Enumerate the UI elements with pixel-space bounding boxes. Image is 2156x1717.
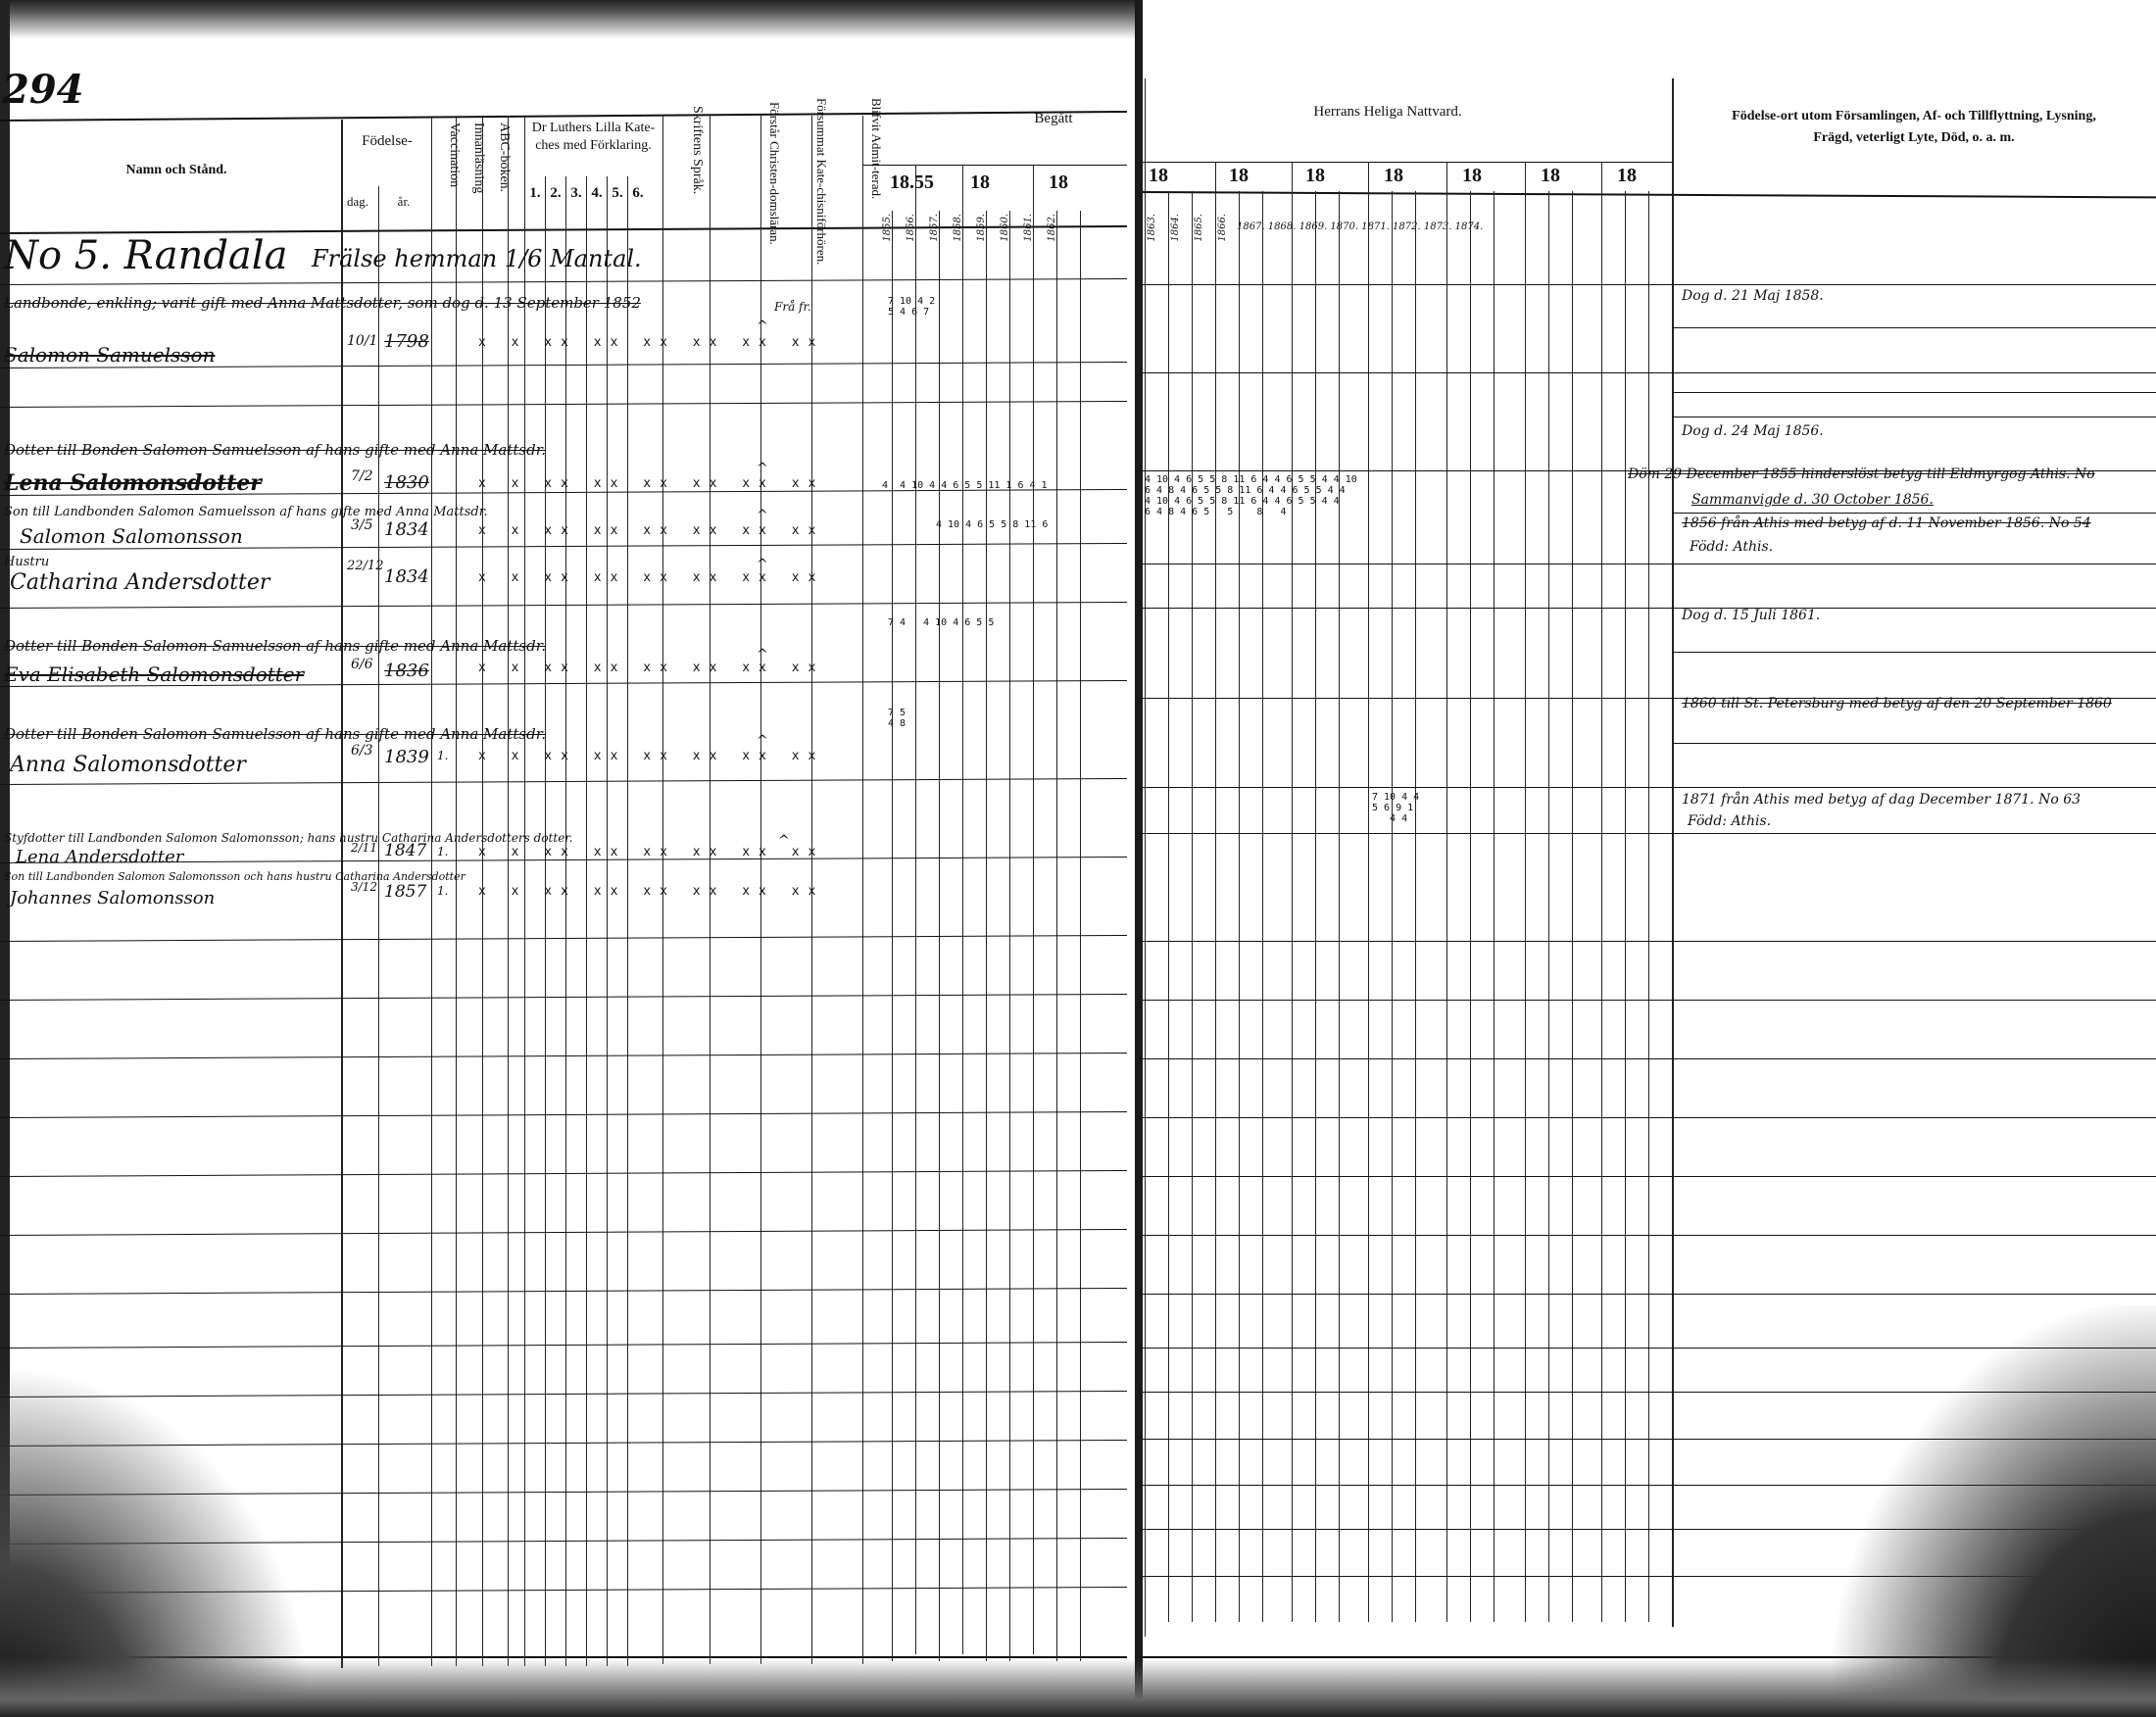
remark: Född: Athis. xyxy=(1690,539,1773,555)
entry-birth-day: 2/11 xyxy=(351,841,377,855)
column-header-begatt: Begått xyxy=(1014,110,1093,128)
entry-birth-year: 1834 xyxy=(384,519,429,540)
entry-name: Eva Elisabeth Salomonsdotter xyxy=(4,662,304,686)
entry-birth-year: 1798 xyxy=(384,331,429,352)
communion-marks: 7 5 4 8 xyxy=(888,708,906,729)
entry-admit-mark: ^ xyxy=(757,647,768,662)
begatt-year-rule xyxy=(862,165,1127,166)
entry-vaccination: 1. xyxy=(437,845,448,858)
luther-part-4: 4. xyxy=(587,184,607,203)
column-header-abc: ABC-boken. xyxy=(496,123,512,192)
column-header-birth-day: dag. xyxy=(343,194,372,210)
communion-subyear: 1864. xyxy=(1170,214,1181,242)
page-shadow-bottom xyxy=(0,1658,2156,1717)
entry-vaccination: 1. xyxy=(437,884,448,898)
entry-birth-day: 22/12 xyxy=(347,559,383,573)
luther-part-6: 6. xyxy=(628,184,648,203)
column-header-name: Namn och Stånd. xyxy=(88,162,265,179)
remark: Dog d. 24 Maj 1856. xyxy=(1682,423,1824,439)
luther-part-5: 5. xyxy=(608,184,627,203)
column-header-skrift: Skriftens Språk. xyxy=(689,106,705,194)
entry-marks: x x xx xx xx xx xx xx xyxy=(478,749,824,763)
remark: 1856 från Athis med betyg af d. 11 Novem… xyxy=(1682,515,2091,531)
column-header-birth-year: år. xyxy=(384,194,423,210)
entry-name: Lena Salomonsdotter xyxy=(4,470,262,496)
entry-admit-mark: ^ xyxy=(757,733,768,749)
entry-admit-mark: ^ xyxy=(757,461,768,476)
communion-marks: 7 10 4 2 5 4 6 7 xyxy=(888,296,935,318)
luther-part-3: 3. xyxy=(566,184,586,203)
entry-birth-day: 10/1 xyxy=(347,333,377,349)
communion-year: 18 xyxy=(1305,165,1325,187)
entry-birth-day: 6/6 xyxy=(351,657,373,672)
entry-birth-year: 1857 xyxy=(384,882,426,902)
left-page: 294 Namn och Stånd. Födelse- dag. år. Va… xyxy=(0,0,1137,1717)
entry-relation: Dotter till Bonden Salomon Samuelsson af… xyxy=(4,637,546,655)
entry-name: Lena Andersdotter xyxy=(16,847,183,867)
communion-marks: 4 4 10 4 4 6 5 5 11 1 6 4 1 xyxy=(882,480,1048,491)
entry-marks: x x xx xx xx xx xx xx xyxy=(478,335,824,350)
entry-relation: Dotter till Bonden Salomon Samuelsson af… xyxy=(4,441,546,459)
entry-relation: Landbonde, enkling; varit gift med Anna … xyxy=(4,294,641,312)
remark: Född: Athis. xyxy=(1688,813,1771,829)
page-shadow-top xyxy=(0,0,1137,39)
entry-name: Catharina Andersdotter xyxy=(10,570,269,595)
entry-admit-mark: ^ xyxy=(757,508,768,523)
luther-part-1: 1. xyxy=(525,184,545,203)
communion-year: 18 xyxy=(1229,165,1249,187)
entry-name: Salomon Salomonsson xyxy=(20,524,243,548)
page-number: 294 xyxy=(2,67,84,113)
remark: Döm 29 December 1855 hinderslöst betyg t… xyxy=(1628,466,2095,482)
right-page: Herrans Heliga Nattvard. 18 18 18 18 18 … xyxy=(1143,0,2156,1717)
entry-birth-day: 7/2 xyxy=(351,468,373,484)
communion-year-rule xyxy=(1143,162,1672,163)
communion-subyear: 1865. xyxy=(1194,214,1204,242)
begatt-year-1: 18.55 xyxy=(890,172,934,194)
column-header-innanlasning: Innanläsning xyxy=(470,123,486,193)
communion-subyear: 1866. xyxy=(1217,214,1228,242)
farm-description: Frälse hemman 1/6 Mantal. xyxy=(312,245,642,272)
entry-birth-year: 1834 xyxy=(384,566,429,587)
entry-name: Salomon Samuelsson xyxy=(4,343,215,367)
communion-year: 18 xyxy=(1149,165,1168,187)
entry-admit-mark: ^ xyxy=(778,833,790,849)
entry-birth-year: 1839 xyxy=(384,747,429,767)
entry-relation: Hustru xyxy=(4,555,49,569)
column-header-luther-2: ches med Förklaring. xyxy=(517,137,669,155)
entry-relation: Dotter till Bonden Salomon Samuelsson af… xyxy=(4,725,546,743)
entry-birth-day: 3/5 xyxy=(351,517,373,533)
begatt-year-3: 18 xyxy=(1049,172,1068,194)
remark: 1871 från Athis med betyg af dag Decembe… xyxy=(1682,792,2081,808)
entry-marks: x x xx xx xx xx xx xx xyxy=(478,845,824,859)
entry-marks: x x xx xx xx xx xx xx xyxy=(478,661,824,675)
entry-forstar: Frå fr. xyxy=(774,300,811,314)
entry-admit-mark: ^ xyxy=(757,319,768,334)
luther-part-2: 2. xyxy=(546,184,565,203)
communion-subyear: 1863. xyxy=(1147,214,1157,242)
entry-birth-day: 6/3 xyxy=(351,743,373,759)
entry-marks: x x xx xx xx xx xx xx xyxy=(478,570,824,585)
entry-birth-year: 1830 xyxy=(384,472,429,493)
entry-marks: x x xx xx xx xx xx xx xyxy=(478,523,824,538)
begatt-year-2: 18 xyxy=(970,172,990,194)
farm-heading: No 5. Randala xyxy=(4,233,287,278)
entry-marks: x x xx xx xx xx xx xx xyxy=(478,476,824,491)
column-header-birth: Födelse- xyxy=(343,132,431,151)
remarks-title-2: Frägd, veterligt Lyte, Död, o. a. m. xyxy=(1672,129,2156,147)
entry-birth-year: 1836 xyxy=(384,661,429,681)
entry-relation: Son till Landbonden Salomon Samuelsson a… xyxy=(4,505,488,519)
remark: 1860 till St. Petersburg med betyg af de… xyxy=(1682,696,2112,711)
column-header-luther-1: Dr Luthers Lilla Kate- xyxy=(517,120,669,137)
remark: Dog d. 21 Maj 1858. xyxy=(1682,288,1824,304)
entry-relation: Styfdotter till Landbonden Salomon Salom… xyxy=(4,831,573,845)
communion-year: 18 xyxy=(1462,165,1482,187)
communion-year: 18 xyxy=(1541,165,1560,187)
communion-marks: 4 10 4 6 5 5 8 11 6 4 4 6 5 5 4 4 10 6 4… xyxy=(1145,474,1357,517)
communion-marks: 4 10 4 6 5 5 8 11 6 xyxy=(936,519,1048,530)
communion-marks: 7 10 4 4 5 6 9 1 4 4 xyxy=(1372,792,1419,824)
remark: Sammanvigde d. 30 October 1856. xyxy=(1691,492,1934,508)
entry-vaccination: 1. xyxy=(437,749,448,762)
column-header-forstar: Förstår Christen-domsläran. xyxy=(743,102,782,245)
communion-title: Herrans Heliga Nattvard. xyxy=(1241,103,1535,122)
entry-marks: x x xx xx xx xx xx xx xyxy=(478,884,824,899)
page-shadow-corner xyxy=(1833,1305,2156,1717)
column-header-vaccination: Vaccination xyxy=(446,123,462,187)
column-header-forsummat: Försummat Kate-chisniförhören. xyxy=(790,98,829,265)
column-header-admitterad: Blifvit Admit-terad. xyxy=(845,98,884,199)
communion-year: 18 xyxy=(1617,165,1637,187)
communion-marks: 7 4 4 10 4 6 5 5 xyxy=(888,617,994,628)
entry-name: Anna Salomonsdotter xyxy=(10,753,246,777)
entry-name: Johannes Salomonsson xyxy=(10,888,215,908)
entry-birth-year: 1847 xyxy=(384,841,426,860)
remarks-title-1: Födelse-ort utom Församlingen, Af- och T… xyxy=(1672,108,2156,125)
entry-admit-mark: ^ xyxy=(757,557,768,572)
communion-year: 18 xyxy=(1384,165,1403,187)
remark: Dog d. 15 Juli 1861. xyxy=(1682,608,1820,623)
entry-birth-day: 3/12 xyxy=(351,880,377,894)
